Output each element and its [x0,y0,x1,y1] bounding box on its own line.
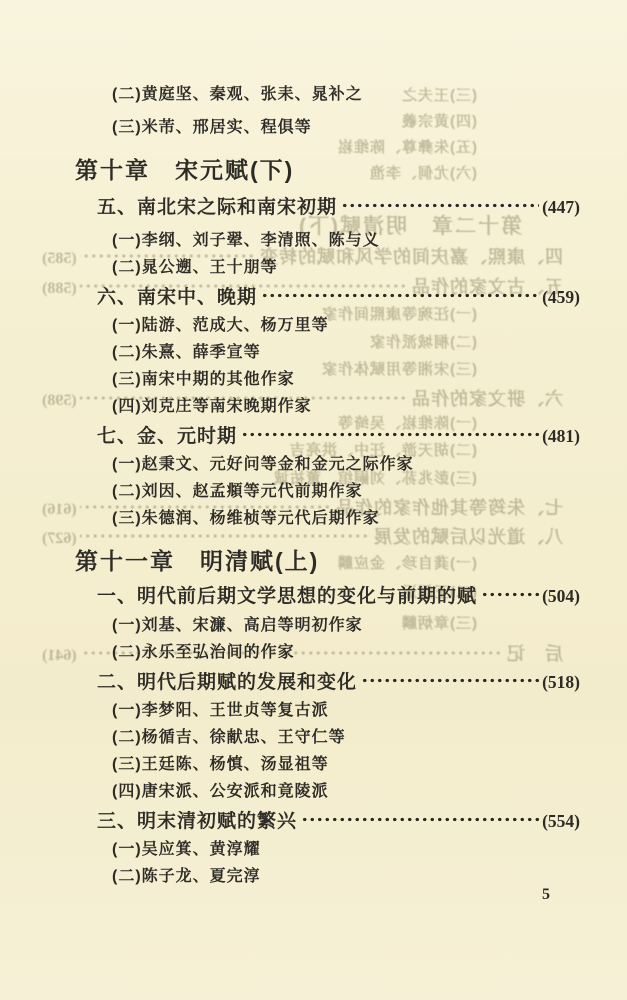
bleedthrough-page-number: (585) [42,250,77,268]
bleedthrough-page-number: (627) [42,530,77,548]
toc-item: (一)李梦阳、王世贞等复古派 [112,697,329,720]
bleedthrough-line: (五)朱彝尊、陈维崧 [337,136,477,157]
bleedthrough-page-number: (641) [42,647,77,665]
toc-section: 五、南北宋之际和南宋初期 (447) [97,192,580,219]
toc-chapter-title: 第十一章 明清赋(上) [75,543,319,576]
toc-item: (一)吴应箕、黄淳耀 [112,836,261,859]
bleedthrough-line: (三)王夫之 [401,84,477,105]
toc-page-number: (459) [542,287,580,308]
toc-item: (二)刘因、赵孟頫等元代前期作家 [112,478,363,501]
bleedthrough-page-number: (616) [42,501,77,519]
toc-page-number: (481) [542,426,580,447]
bleedthrough-section-label: 八、道光以后赋的发展 [373,523,563,549]
toc-page-number: (447) [542,197,580,218]
scanned-book-page: (三)王夫之 (四)黄宗羲 (五)朱彝尊、陈维崧 (六)尤侗、李渔 第十二章 明… [0,0,627,1000]
toc-section-label: 六、南宋中、晚期 [97,282,257,309]
toc-item: (三)王廷陈、杨慎、汤显祖等 [112,751,329,774]
leader-dots [340,192,539,219]
toc-item: (四)唐宋派、公安派和竟陵派 [112,778,329,801]
bleedthrough-line: (四)黄宗羲 [401,110,477,131]
toc-item: (三)米芾、邢居实、程俱等 [112,114,312,137]
toc-item: (二)黄庭坚、秦观、张耒、晁补之 [112,81,363,104]
toc-section-label: 一、明代前后期文学思想的变化与前期的赋 [97,581,477,608]
toc-item: (一)李纲、刘子翚、李清照、陈与义 [112,227,380,250]
bleedthrough-line: (三)宋湘等用赋体作家 [321,358,477,379]
bleedthrough-page-number: (588) [42,280,77,298]
toc-section-label: 七、金、元时期 [97,421,237,448]
bleedthrough-line: (三)章炳麟 [401,612,477,633]
toc-chapter-title: 第十章 宋元赋(下) [75,152,294,185]
toc-section-label: 二、明代后期赋的发展和变化 [97,667,357,694]
bleedthrough-section-label: 后 记 [506,640,563,666]
toc-item: (一)陆游、范成大、杨万里等 [112,312,329,335]
toc-section: 二、明代后期赋的发展和变化 (518) [97,667,580,694]
toc-section-label: 五、南北宋之际和南宋初期 [97,192,337,219]
toc-section: 一、明代前后期文学思想的变化与前期的赋 (504) [97,581,580,608]
toc-section: 三、明末清初赋的繁兴 (554) [97,806,580,833]
leader-dots [240,421,539,448]
toc-page-number: (504) [542,586,580,607]
leader-dots [480,581,539,608]
toc-item: (一)刘基、宋濂、高启等明初作家 [112,612,363,635]
toc-item: (二)晁公遡、王十朋等 [112,254,278,277]
bleedthrough-page-number: (598) [42,392,77,410]
leader-dots [260,282,539,309]
bleedthrough-line: (一)龚自珍、金应麟 [337,552,477,573]
toc-item: (三)朱德润、杨维桢等元代后期作家 [112,505,380,528]
toc-item: (三)南宋中期的其他作家 [112,366,295,389]
bleedthrough-line: (二)桐城派作家 [369,331,477,352]
toc-item: (二)杨循吉、徐献忠、王守仁等 [112,724,346,747]
toc-page-number: (518) [542,672,580,693]
toc-page-number: (554) [542,811,580,832]
toc-item: (二)陈子龙、夏完淳 [112,863,261,886]
page-folio-number: 5 [542,886,550,904]
leader-dots [300,806,539,833]
leader-dots [360,667,539,694]
bleedthrough-section-label: 六、骈文家的作品 [411,385,563,411]
toc-section-label: 三、明末清初赋的繁兴 [97,806,297,833]
toc-section: 七、金、元时期 (481) [97,421,580,448]
toc-item: (四)刘克庄等南宋晚期作家 [112,393,312,416]
toc-item: (二)永乐至弘治间的作家 [112,639,295,662]
toc-item: (二)朱熹、薛季宣等 [112,339,261,362]
toc-section: 六、南宋中、晚期 (459) [97,282,580,309]
toc-item: (一)赵秉文、元好问等金和金元之际作家 [112,451,414,474]
bleedthrough-line: (六)尤侗、李渔 [369,162,477,183]
